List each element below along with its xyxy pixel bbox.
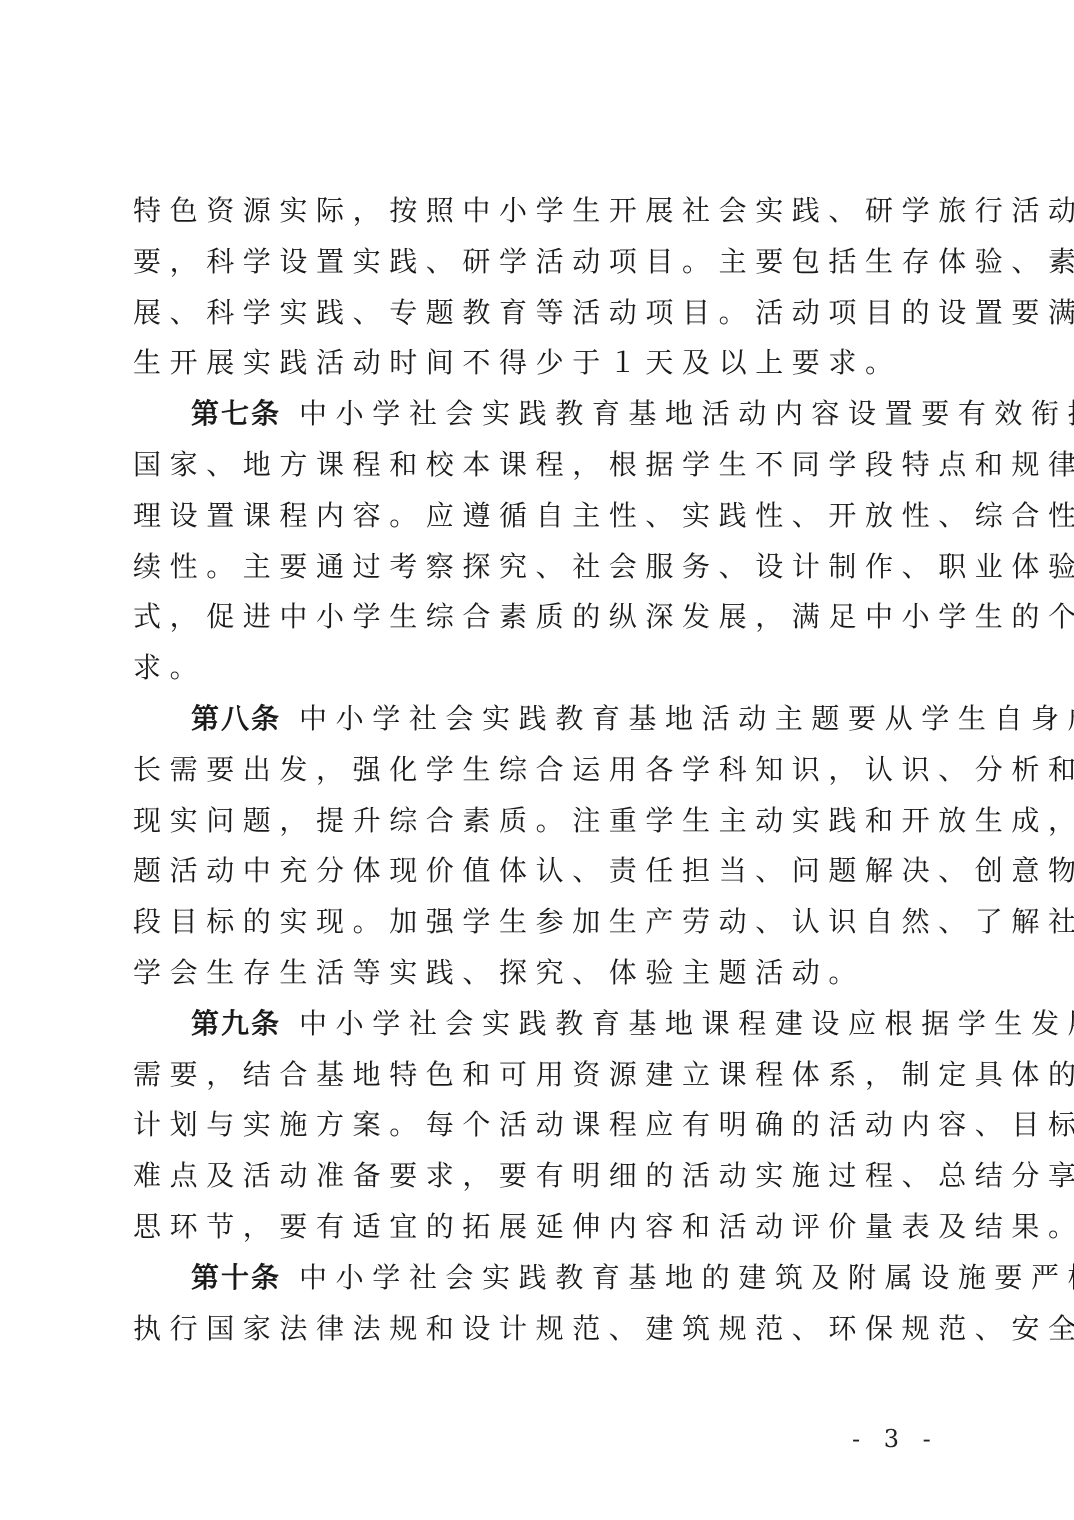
paragraph-article-7: 第七条中小学社会实践教育基地活动内容设置要有效衔接 国家、地方课程和校本课程，根… [133, 389, 945, 694]
paragraph-article-9: 第九条中小学社会实践教育基地课程建设应根据学生发展 需要，结合基地特色和可用资源… [133, 999, 945, 1253]
text-line: 需要，结合基地特色和可用资源建立课程体系，制定具体的活动 [133, 1050, 945, 1101]
article-label: 第七条 [191, 397, 281, 430]
text-line: 现实问题，提升综合素质。注重学生主动实践和开放生成，在主 [133, 796, 945, 847]
text-line: 难点及活动准备要求，要有明细的活动实施过程、总结分享与反 [133, 1151, 945, 1202]
text-line: 段目标的实现。加强学生参加生产劳动、认识自然、了解社会、 [133, 897, 945, 948]
paragraph-continuation: 特色资源实际，按照中小学生开展社会实践、研学旅行活动的需 要，科学设置实践、研学… [133, 186, 945, 389]
text-line: 第十条中小学社会实践教育基地的建筑及附属设施要严格 [133, 1253, 945, 1304]
text-line: 式，促进中小学生综合素质的纵深发展，满足中小学生的个性需 [133, 592, 945, 643]
article-label: 第十条 [191, 1261, 281, 1294]
text-line: 题活动中充分体现价值体认、责任担当、问题解决、创意物化阶 [133, 846, 945, 897]
document-page: 特色资源实际，按照中小学生开展社会实践、研学旅行活动的需 要，科学设置实践、研学… [133, 186, 945, 1354]
text-line-content: 中小学社会实践教育基地活动内容设置要有效衔接 [299, 397, 1074, 430]
paragraph-article-8: 第八条中小学社会实践教育基地活动主题要从学生自身成 长需要出发，强化学生综合运用… [133, 694, 945, 999]
text-line: 求。 [133, 643, 945, 694]
article-label: 第八条 [191, 702, 281, 735]
paragraph-article-10: 第十条中小学社会实践教育基地的建筑及附属设施要严格 执行国家法律法规和设计规范、… [133, 1253, 945, 1355]
text-line: 国家、地方课程和校本课程，根据学生不同学段特点和规律，合 [133, 440, 945, 491]
text-line: 展、科学实践、专题教育等活动项目。活动项目的设置要满足学 [133, 288, 945, 339]
text-line: 续性。主要通过考察探究、社会服务、设计制作、职业体验等方 [133, 542, 945, 593]
text-line: 计划与实施方案。每个活动课程应有明确的活动内容、目标、重 [133, 1100, 945, 1151]
text-line: 执行国家法律法规和设计规范、建筑规范、环保规范、安全规范 [133, 1304, 945, 1355]
text-line: 第七条中小学社会实践教育基地活动内容设置要有效衔接 [133, 389, 945, 440]
text-line: 生开展实践活动时间不得少于１天及以上要求。 [133, 338, 945, 389]
text-line-content: 中小学社会实践教育基地的建筑及附属设施要严格 [299, 1261, 1074, 1294]
text-line: 第九条中小学社会实践教育基地课程建设应根据学生发展 [133, 999, 945, 1050]
text-line: 第八条中小学社会实践教育基地活动主题要从学生自身成 [133, 694, 945, 745]
text-line: 长需要出发，强化学生综合运用各学科知识，认识、分析和解决 [133, 745, 945, 796]
text-line-content: 中小学社会实践教育基地课程建设应根据学生发展 [299, 1007, 1074, 1040]
article-label: 第九条 [191, 1007, 281, 1040]
text-line: 特色资源实际，按照中小学生开展社会实践、研学旅行活动的需 [133, 186, 945, 237]
text-line: 理设置课程内容。应遵循自主性、实践性、开放性、综合性、连 [133, 491, 945, 542]
text-line: 要，科学设置实践、研学活动项目。主要包括生存体验、素质拓 [133, 237, 945, 288]
page-number: - 3 - [852, 1425, 939, 1453]
text-line: 思环节，要有适宜的拓展延伸内容和活动评价量表及结果。 [133, 1202, 945, 1253]
text-line-content: 中小学社会实践教育基地活动主题要从学生自身成 [299, 702, 1074, 735]
text-line: 学会生存生活等实践、探究、体验主题活动。 [133, 948, 945, 999]
